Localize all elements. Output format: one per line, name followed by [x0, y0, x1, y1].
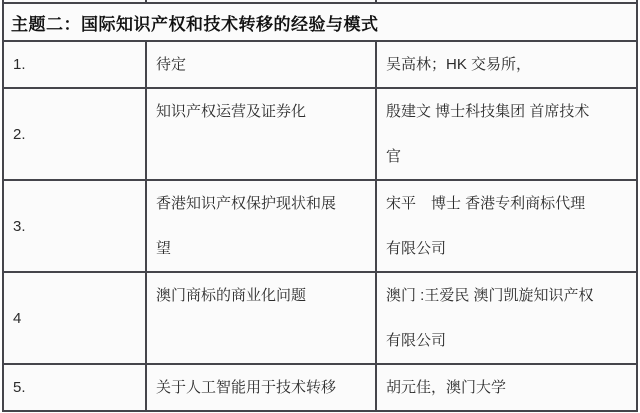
- table-row: 1. 待定 吴高林；HK 交易所，: [3, 41, 637, 88]
- topic-cell: 澳门商标的商业化问题: [146, 272, 376, 364]
- row-number-cell: 3.: [3, 180, 146, 272]
- topic-cell: 待定: [146, 41, 376, 88]
- schedule-page: 主题二：国际知识产权和技术转移的经验与模式 1. 待定 吴高林；HK 交易所， …: [0, 0, 640, 413]
- topic-cell: 香港知识产权保护现状和展 望: [146, 180, 376, 272]
- row-number-cell: 1.: [3, 41, 146, 88]
- table-row: 4 澳门商标的商业化问题 澳门 :王爱民 澳门凯旋知识产权 有限公司: [3, 272, 637, 364]
- table-header-row: 主题二：国际知识产权和技术转移的经验与模式: [3, 3, 637, 41]
- speaker-cell: 宋平 博士 香港专利商标代理 有限公司: [376, 180, 637, 272]
- topic-cell: 知识产权运营及证券化: [146, 88, 376, 180]
- speaker-cell: 吴高林；HK 交易所，: [376, 41, 637, 88]
- session-schedule-table: 主题二：国际知识产权和技术转移的经验与模式 1. 待定 吴高林；HK 交易所， …: [2, 0, 638, 412]
- row-number-cell: 5.: [3, 364, 146, 411]
- table-row: 5. 关于人工智能用于技术转移 胡元佳，澳门大学: [3, 364, 637, 411]
- speaker-cell: 胡元佳，澳门大学: [376, 364, 637, 411]
- row-number-cell: 4: [3, 272, 146, 364]
- speaker-cell: 殷建文 博士科技集团 首席技术 官: [376, 88, 637, 180]
- table-row: 2. 知识产权运营及证券化 殷建文 博士科技集团 首席技术 官: [3, 88, 637, 180]
- topic-cell: 关于人工智能用于技术转移: [146, 364, 376, 411]
- speaker-cell: 澳门 :王爱民 澳门凯旋知识产权 有限公司: [376, 272, 637, 364]
- row-number-cell: 2.: [3, 88, 146, 180]
- table-row: 3. 香港知识产权保护现状和展 望 宋平 博士 香港专利商标代理 有限公司: [3, 180, 637, 272]
- table-header-title: 主题二：国际知识产权和技术转移的经验与模式: [3, 3, 637, 41]
